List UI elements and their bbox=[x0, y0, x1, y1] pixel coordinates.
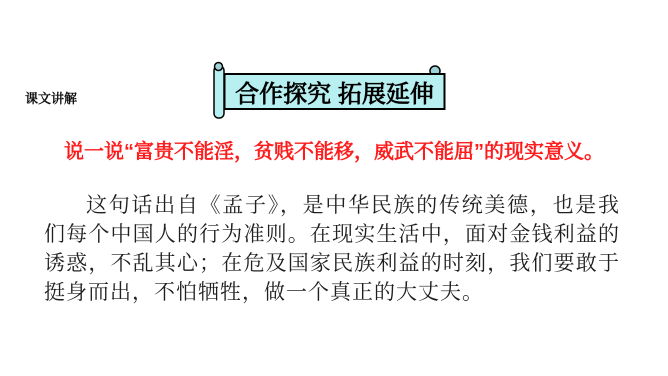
answer-paragraph: 这句话出自《孟子》，是中华民族的传统美德，也是我们每个中国人的行为准则。在现实生… bbox=[44, 191, 620, 307]
section-label: 课文讲解 bbox=[25, 88, 77, 107]
slide: 课文讲解 合作探究 拓展延伸 说一说“富贵不能淫，贫贱不能移，威武不能屈”的现实… bbox=[0, 0, 668, 376]
scroll-left-curl-icon bbox=[215, 63, 223, 71]
scroll-left-roll bbox=[214, 66, 224, 118]
question-text: 说一说“富贵不能淫，贫贱不能移，威武不能屈”的现实意义。 bbox=[64, 141, 644, 163]
banner-title: 合作探究 拓展延伸 bbox=[224, 74, 445, 109]
